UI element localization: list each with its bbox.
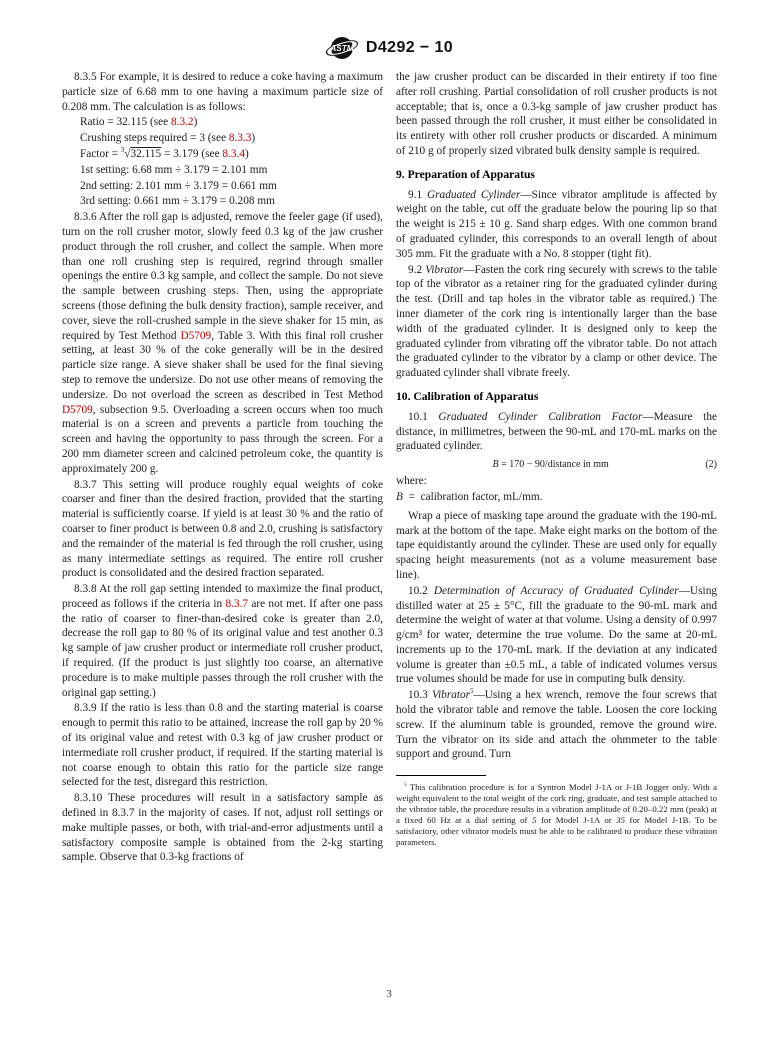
text-segment: B — [396, 491, 403, 503]
text-segment: 10.1 — [408, 411, 438, 423]
text-segment: 2nd setting: 2.101 mm ÷ 3.179 = 0.661 mm — [80, 180, 277, 192]
paragraph: the jaw crusher product can be discarded… — [396, 70, 717, 159]
text-segment: 9. Preparation of Apparatus — [396, 168, 535, 181]
astm-logo-icon: ASTM — [325, 34, 359, 62]
right-column: the jaw crusher product can be discarded… — [396, 70, 717, 866]
section-heading: 9. Preparation of Apparatus — [396, 168, 717, 183]
cross-reference-link[interactable]: 8.3.7 — [225, 598, 248, 610]
paragraph: Wrap a piece of masking tape around the … — [396, 509, 717, 583]
text-segment: Wrap a piece of masking tape around the … — [396, 510, 717, 581]
paragraph: 8.3.9 If the ratio is less than 0.8 and … — [62, 701, 383, 790]
paragraph: 9.2 Vibrator—Fasten the cork ring secure… — [396, 263, 717, 381]
cross-reference-link[interactable]: D5709 — [62, 404, 93, 416]
text-segment: are not met. If after one pass the ratio… — [62, 598, 383, 699]
document-body: 8.3.5 For example, it is desired to redu… — [62, 70, 717, 866]
paragraph: 8.3.5 For example, it is desired to redu… — [62, 70, 383, 114]
cross-reference-link[interactable]: 8.3.4 — [222, 148, 245, 160]
text-segment: = 3.179 (see — [161, 148, 222, 160]
equation: B = 170 − 90/distance in mm(2) — [396, 458, 717, 471]
calc-line: Factor = 3√32.115 = 3.179 (see 8.3.4) — [80, 147, 383, 162]
text-segment: for Model J-1A or — [536, 815, 616, 825]
paragraph: 8.3.10 These procedures will result in a… — [62, 791, 383, 865]
text-segment: —Using distilled water at 25 ± 5°C, fill… — [396, 585, 717, 686]
paragraph: 8.3.8 At the roll gap setting intended t… — [62, 582, 383, 700]
text-segment: 1st setting: 6.68 mm ÷ 3.179 = 2.101 mm — [80, 164, 267, 176]
paragraph: where: — [396, 474, 717, 489]
standard-designation: D4292 − 10 — [366, 39, 453, 57]
footnote-rule — [396, 775, 486, 776]
definition-line: B = calibration factor, mL/mm. — [396, 490, 717, 505]
footnote: 5 This calibration procedure is for a Sy… — [396, 782, 717, 848]
calc-line: 1st setting: 6.68 mm ÷ 3.179 = 2.101 mm — [80, 163, 383, 178]
paragraph: 9.1 Graduated Cylinder—Since vibrator am… — [396, 188, 717, 262]
text-segment: 8.3.9 If the ratio is less than 0.8 and … — [62, 702, 383, 788]
cross-reference-link[interactable]: D5709 — [180, 330, 211, 342]
page-footer: 3 — [0, 988, 778, 1000]
paragraph: 10.2 Determination of Accuracy of Gradua… — [396, 584, 717, 688]
paragraph: 10.1 Graduated Cylinder Calibration Fact… — [396, 410, 717, 454]
text-segment: , subsection 9.5. Overloading a screen o… — [62, 404, 383, 475]
text-segment: Vibrator — [425, 264, 463, 276]
document-page: ASTM D4292 − 10 8.3.5 For example, it is… — [0, 0, 778, 1041]
svg-text:ASTM: ASTM — [329, 44, 353, 53]
text-segment: 10.2 — [408, 585, 434, 597]
section-heading: 10. Calibration of Apparatus — [396, 390, 717, 405]
text-segment: Graduated Cylinder — [427, 189, 520, 201]
left-column: 8.3.5 For example, it is desired to redu… — [62, 70, 383, 866]
calc-line: Ratio = 32.115 (see 8.3.2) — [80, 115, 383, 130]
text-segment: 32.115 — [130, 148, 161, 160]
calc-line: 3rd setting: 0.661 mm ÷ 3.179 = 0.208 mm — [80, 194, 383, 209]
calc-line: 2nd setting: 2.101 mm ÷ 3.179 = 0.661 mm — [80, 179, 383, 194]
cross-reference-link[interactable]: 8.3.3 — [229, 132, 252, 144]
text-segment: Ratio = 32.115 (see — [80, 116, 171, 128]
paragraph: 10.3 Vibrator5—Using a hex wrench, remov… — [396, 688, 717, 762]
equation-body: B = 170 − 90/distance in mm — [396, 458, 705, 471]
text-segment: Crushing steps required = 3 (see — [80, 132, 229, 144]
text-segment: 10.3 — [408, 689, 432, 701]
text-segment: where: — [396, 475, 427, 487]
equation-number: (2) — [705, 458, 717, 471]
text-segment: 9.1 — [408, 189, 427, 201]
text-segment: 10. Calibration of Apparatus — [396, 390, 538, 403]
text-segment: 9.2 — [408, 264, 425, 276]
text-segment: 35 — [616, 815, 625, 825]
text-segment: 8.3.7 This setting will produce roughly … — [62, 479, 383, 580]
text-segment: Determination of Accuracy of Graduated C… — [434, 585, 679, 597]
text-segment: ) — [251, 132, 255, 144]
text-segment: ) — [245, 148, 249, 160]
text-segment: = 170 − 90/distance in mm — [499, 459, 609, 470]
text-segment: Vibrator — [432, 689, 470, 701]
text-segment: Factor = — [80, 148, 121, 160]
text-segment: ) — [194, 116, 198, 128]
text-segment: = calibration factor, mL/mm. — [403, 491, 543, 503]
page-number: 3 — [386, 988, 392, 1000]
text-segment: the jaw crusher product can be discarded… — [396, 71, 717, 157]
text-segment: 8.3.5 For example, it is desired to redu… — [62, 71, 383, 113]
text-segment: 3rd setting: 0.661 mm ÷ 3.179 = 0.208 mm — [80, 195, 275, 207]
paragraph: 8.3.7 This setting will produce roughly … — [62, 478, 383, 582]
paragraph: 8.3.6 After the roll gap is adjusted, re… — [62, 210, 383, 476]
text-segment: 8.3.6 After the roll gap is adjusted, re… — [62, 211, 383, 341]
document-header: ASTM D4292 − 10 — [0, 34, 778, 62]
text-segment: 8.3.10 These procedures will result in a… — [62, 792, 383, 863]
text-segment: —Fasten the cork ring securely with scre… — [396, 264, 717, 380]
text-segment: Graduated Cylinder Calibration Factor — [438, 411, 642, 423]
cross-reference-link[interactable]: 8.3.2 — [171, 116, 194, 128]
calc-line: Crushing steps required = 3 (see 8.3.3) — [80, 131, 383, 146]
